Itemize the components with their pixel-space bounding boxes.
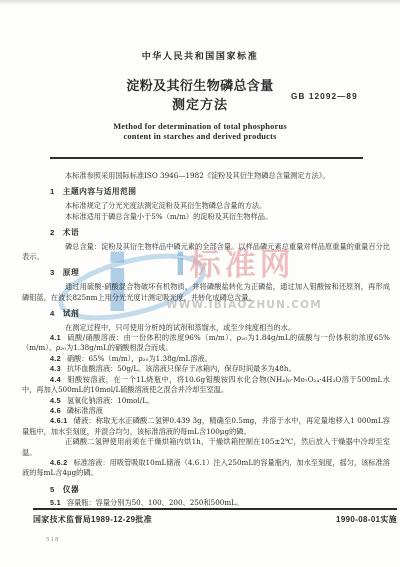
clause-number: 4.3 — [50, 364, 61, 373]
paragraph: 通过用硫酸-硝酸混合物破坏有机物质，并将磷酸盐转化为正磷盐，通过加入钼酸铵和还原… — [22, 282, 390, 303]
paragraph: 在测定过程中，只可使用分析纯的试剂和蒸馏水，或至少纯度相当的水。 — [22, 323, 390, 333]
clause-number: 5.1 — [50, 498, 61, 507]
header-divider — [50, 157, 363, 159]
standard-document-page: 中华人民共和国国家标准 淀粉及其衍生物磷总含量 测定方法 GB 12092—89… — [0, 0, 400, 567]
document-body: 本标准参照采用国际标准ISO 3946—1982《淀粉及其衍生物磷总含量测定方法… — [0, 171, 400, 509]
standard-code: GB 12092—89 — [291, 92, 358, 101]
section-items: 在测定过程中，只可使用分析纯的试剂和蒸馏水，或至少纯度相当的水。4.1硫酸/硝酸… — [22, 323, 390, 479]
section-heading: 4试剂 — [22, 310, 390, 318]
section-title: 试剂 — [63, 309, 79, 318]
sections-host: 1主题内容与适用范围 本标准规定了分光光度法测定淀粉及其衍生物磷总含量的方法。本… — [22, 188, 390, 508]
approval-note: 国家技术监督局1989-12-29批准 — [33, 514, 152, 525]
section-number: 1 — [50, 187, 55, 196]
section-number: 4 — [50, 309, 55, 318]
section-items: 磷总含量：淀粉及其衍生物样品中磷元素的全部含量。以样品磷元素总重量对样品原重量的… — [22, 242, 390, 263]
clause-number: 4.6.1 — [50, 416, 68, 425]
clause-paragraph: 4.3抗坏血酸溶液：50g/L。该溶液只保存于冰箱内，保存时间最多为48h。 — [22, 364, 390, 374]
section-items: 本标准规定了分光光度法测定淀粉及其衍生物磷总含量的方法。本标准适用于磷总含量小于… — [22, 201, 390, 222]
document-footer: 国家技术监督局1989-12-29批准 1990-08-01实施 — [33, 508, 397, 525]
paragraph: 磷总含量：淀粉及其衍生物样品中磷元素的全部含量。以样品磷元素总重量对样品原重量的… — [22, 242, 390, 263]
section-heading: 3原理 — [22, 269, 390, 277]
intro-paragraph: 本标准参照采用国际标准ISO 3946—1982《淀粉及其衍生物磷总含量测定方法… — [22, 171, 390, 181]
section-number: 3 — [50, 268, 55, 277]
paragraph: 本标准规定了分光光度法测定淀粉及其衍生物磷总含量的方法。 — [22, 201, 390, 211]
document-section: 2术语 磷总含量：淀粉及其衍生物样品中磷元素的全部含量。以样品磷元素总重量对样品… — [22, 229, 390, 263]
clause-number: 4.4 — [50, 375, 61, 384]
clause-number: 4.6.2 — [50, 458, 68, 467]
clause-number: 4.2 — [50, 354, 61, 363]
english-title-line1: Method for determination of total phosph… — [0, 122, 400, 132]
section-title: 主题内容与适用范围 — [63, 187, 137, 196]
document-title-line1: 淀粉及其衍生物磷总含量 — [0, 79, 400, 92]
clause-number: 4.6 — [50, 406, 61, 415]
section-heading: 1主题内容与适用范围 — [22, 188, 390, 196]
clause-paragraph: 4.5氢氧化钠溶液：10mol/L。 — [22, 396, 390, 406]
clause-paragraph: 4.6磷标准溶液 — [22, 406, 390, 416]
footer-divider — [33, 508, 397, 510]
document-section: 5仪器 5.1容量瓶：容量分别为50、100、200、250和500mL。 — [22, 486, 390, 509]
english-title-line2: content in starches and derived products — [0, 132, 400, 142]
clause-number: 4.1 — [50, 333, 61, 342]
document-section: 1主题内容与适用范围 本标准规定了分光光度法测定淀粉及其衍生物磷总含量的方法。本… — [22, 188, 390, 222]
clause-paragraph: 4.2硝酸：65%（m/m），ρ₂₀为1.38g/mL溶液。 — [22, 354, 390, 364]
clause-paragraph: 4.6.1储液：称取无水正磷酸二氢钾0.439 3g，精确至0.5mg，并溶于水… — [22, 416, 390, 437]
clause-paragraph: 4.1硫酸/硝酸溶液：由一份体积的浓度96%（m/m）、ρ₂₀为1.84g/mL… — [22, 333, 390, 354]
clause-paragraph: 4.6.2标准溶液：用吸管吸取10mL储液（4.6.1）注入250mL的容量瓶内… — [22, 458, 390, 479]
section-number: 2 — [50, 228, 55, 237]
section-items: 通过用硫酸-硝酸混合物破坏有机物质，并将磷酸盐转化为正磷盐，通过加入钼酸铵和还原… — [22, 282, 390, 303]
section-heading: 2术语 — [22, 229, 390, 237]
implementation-note: 1990-08-01实施 — [336, 514, 397, 525]
paragraph: 正磷酸二氢钾使用前须在干燥烘箱内烘1h，干燥烘箱控制在105±2℃，然后放入干燥… — [22, 437, 390, 458]
standard-type-label: 中华人民共和国国家标准 — [0, 52, 400, 61]
footer-row: 国家技术监督局1989-12-29批准 1990-08-01实施 — [33, 514, 397, 525]
document-header: 中华人民共和国国家标准 淀粉及其衍生物磷总含量 测定方法 GB 12092—89… — [0, 0, 400, 159]
document-section: 4试剂 在测定过程中，只可使用分析纯的试剂和蒸馏水，或至少纯度相当的水。4.1硫… — [22, 310, 390, 479]
page-number: 518 — [46, 537, 60, 543]
section-title: 仪器 — [63, 485, 79, 494]
clause-number: 4.5 — [50, 396, 61, 405]
section-number: 5 — [50, 485, 55, 494]
section-title: 术语 — [63, 228, 79, 237]
section-heading: 5仪器 — [22, 486, 390, 494]
paragraph: 本标准适用于磷总含量小于5%（m/m）的淀粉及其衍生物样品。 — [22, 212, 390, 222]
document-section: 3原理 通过用硫酸-硝酸混合物破坏有机物质，并将磷酸盐转化为正磷盐，通过加入钼酸… — [22, 269, 390, 303]
english-title: Method for determination of total phosph… — [0, 122, 400, 142]
clause-paragraph: 4.4钼酸铵溶液，在一个1L烧瓶中，将10.6g钼酸铵四水化合物(NH₄)₆·M… — [22, 375, 390, 396]
section-title: 原理 — [63, 268, 79, 277]
